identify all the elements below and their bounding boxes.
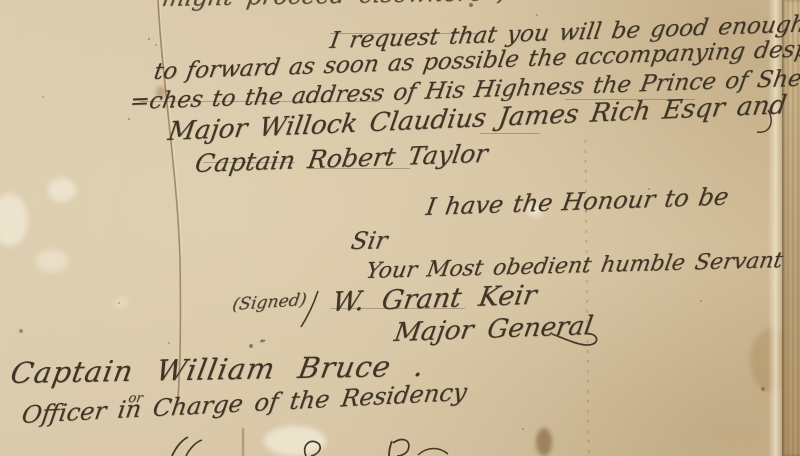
- line-closing-servant: Your Most obedient humble Servant: [364, 248, 785, 284]
- paper-blotch: [114, 297, 128, 308]
- paper-stain: [536, 428, 552, 456]
- line-closing-sir: Sir: [349, 226, 390, 255]
- paper-blotch: [36, 250, 68, 272]
- manuscript-page: might proceed elsewhere , I request that…: [0, 0, 800, 456]
- paper-blotch: [48, 178, 76, 202]
- line-closing-honour: I have the Honour to be: [424, 183, 731, 221]
- paper-blotch: [0, 194, 28, 246]
- pencil-line: [480, 133, 540, 134]
- signature-rank: Major General: [392, 311, 595, 348]
- signature-name: W. Grant Keir: [330, 280, 539, 318]
- line-cutoff-top: might proceed elsewhere ,: [160, 0, 508, 12]
- line-addressee-taylor: Captain Robert Taylor: [193, 139, 490, 178]
- stain-streak: [242, 428, 244, 456]
- signed-label: (Signed): [231, 290, 308, 315]
- paper-blotch: [264, 426, 326, 456]
- ink-specks: [0, 0, 2, 2]
